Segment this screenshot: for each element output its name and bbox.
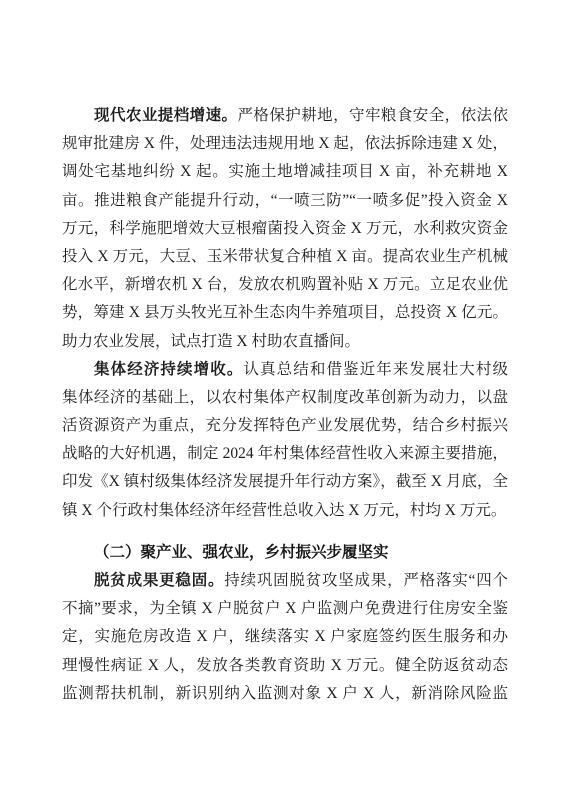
document-content: 现代农业提档增速。严格保护耕地，守牢粮食安全，依法依 规审批建房 X 件，处理违… (62, 102, 508, 708)
paragraph-1-line-6: 投入 X 万元，大豆、玉米带状复合种植 X 亩。提高农业生产机械 (62, 243, 508, 271)
paragraph-1-line-2: 规审批建房 X 件，处理违法违规用地 X 起，依法拆除违建 X 处， (62, 130, 508, 158)
paragraph-1-line-8: 势，筹建 X 县万头牧光互补生态肉牛养殖项目，总投资 X 亿元。 (62, 299, 508, 327)
paragraph-1-line-3: 调处宅基地纠纷 X 起。实施土地增减挂项目 X 亩，补充耕地 X (62, 158, 508, 186)
paragraph-3-line-5: 监测帮扶机制，新识别纳入监测对象 X 户 X 人，新消除风险监 (62, 680, 508, 708)
paragraph-1-line-1: 现代农业提档增速。严格保护耕地，守牢粮食安全，依法依 (62, 102, 508, 130)
paragraph-1-line-1-text: 严格保护耕地，守牢粮食安全，依法依 (237, 107, 508, 124)
paragraph-3-line-1-text: 持续巩固脱贫攻坚成果，严格落实“四个 (224, 572, 508, 589)
paragraph-3-line-2: 不摘”要求，为全镇 X 户脱贫户 X 户监测户免费进行住房安全鉴 (62, 595, 508, 623)
paragraph-1-lead-phrase: 现代农业提档增速。 (94, 107, 237, 124)
document-page: 现代农业提档增速。严格保护耕地，守牢粮食安全，依法依 规审批建房 X 件，处理违… (0, 0, 570, 807)
paragraph-2-line-1-text: 认真总结和借鉴近年来发展壮大村级 (243, 361, 508, 378)
paragraph-3-lead-phrase: 脱贫成果更稳固。 (94, 572, 224, 589)
paragraph-1-line-7: 化水平，新增农机 X 台，发放农机购置补贴 X 万元。立足农业优 (62, 271, 508, 299)
paragraph-1-line-4: 亩。推进粮食产能提升行动，“一喷三防”“一喷多促”投入资金 X (62, 187, 508, 215)
paragraph-3-line-4: 理慢性病证 X 人，发放各类教育资助 X 万元。健全防返贫动态 (62, 652, 508, 680)
paragraph-1-line-9: 助力农业发展，试点打造 X 村助农直播间。 (62, 328, 508, 356)
paragraph-2-line-5: 印发《X 镇村级集体经济发展提升年行动方案》，截至 X 月底，全 (62, 468, 508, 496)
paragraph-2-line-4: 战略的大好机遇，制定 2024 年村集体经营性收入来源主要措施， (62, 440, 508, 468)
paragraph-3-line-1: 脱贫成果更稳固。持续巩固脱贫攻坚成果，严格落实“四个 (62, 567, 508, 595)
paragraph-2-line-1: 集体经济持续增收。认真总结和借鉴近年来发展壮大村级 (62, 356, 508, 384)
paragraph-3-line-3: 定，实施危房改造 X 户，继续落实 X 户家庭签约医生服务和办 (62, 623, 508, 651)
section-heading: （二）聚产业、强农业，乡村振兴步履坚实 (62, 539, 508, 567)
paragraph-2-lead-phrase: 集体经济持续增收。 (94, 361, 243, 378)
paragraph-2-line-2: 集体经济的基础上，以农村集体产权制度改革创新为动力，以盘 (62, 384, 508, 412)
paragraph-2-line-6: 镇 X 个行政村集体经济年经营性总收入达 X 万元，村均 X 万元。 (62, 497, 508, 525)
paragraph-2-line-3: 活资源资产为重点，充分发挥特色产业发展优势，结合乡村振兴 (62, 412, 508, 440)
paragraph-1-line-5: 万元，科学施肥增效大豆根瘤菌投入资金 X 万元，水利救灾资金 (62, 215, 508, 243)
